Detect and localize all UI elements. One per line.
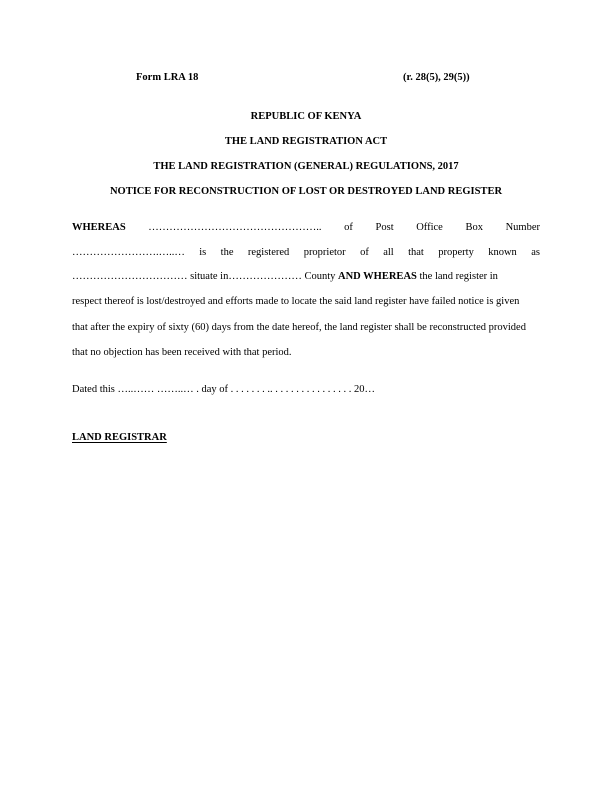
- word: property: [438, 247, 474, 258]
- body-line-6: that no objection has been received with…: [72, 347, 292, 358]
- word: that: [408, 247, 424, 258]
- word: registered: [248, 247, 289, 258]
- land-registrar-signature: LAND REGISTRAR: [72, 432, 167, 443]
- word: Office: [416, 222, 443, 233]
- heading-act: THE LAND REGISTRATION ACT: [0, 136, 612, 147]
- body-line-2: …………………….…..… is the registered propriet…: [72, 247, 540, 258]
- county-blank: …………………: [228, 271, 302, 282]
- word: of: [360, 247, 369, 258]
- body-line-4: respect thereof is lost/destroyed and ef…: [72, 296, 519, 307]
- body-line-5: that after the expiry of sixty (60) days…: [72, 322, 526, 333]
- heading-country: REPUBLIC OF KENYA: [0, 111, 612, 122]
- county-text: County: [302, 271, 338, 282]
- year-text: 20…: [351, 384, 375, 395]
- and-whereas-label: AND WHEREAS: [338, 271, 417, 282]
- month-blank: . . . . . . . .. . . . . . . . . . . . .…: [231, 384, 352, 395]
- word: Box: [465, 222, 483, 233]
- day-of-text: day of: [199, 384, 231, 395]
- word: proprietor: [304, 247, 346, 258]
- word: Post: [376, 222, 394, 233]
- heading-regulations: THE LAND REGISTRATION (GENERAL) REGULATI…: [0, 161, 612, 172]
- day-blank: …..…… ……..… .: [118, 384, 199, 395]
- proprietor-name-blank: …………………………………………..: [148, 222, 321, 233]
- tail-text: the land register in: [417, 271, 498, 282]
- word: known: [488, 247, 517, 258]
- body-line-3: …………………………… situate in………………… County AND…: [72, 271, 498, 282]
- box-number-blank: …………………….…..…: [72, 247, 185, 258]
- dated-prefix: Dated this: [72, 384, 118, 395]
- word: all: [383, 247, 394, 258]
- property-blank: ……………………………: [72, 271, 188, 282]
- word: Number: [506, 222, 540, 233]
- rule-reference: (r. 28(5), 29(5)): [403, 72, 470, 83]
- form-id: Form LRA 18: [136, 72, 198, 83]
- document-page: Form LRA 18 (r. 28(5), 29(5)) REPUBLIC O…: [0, 0, 612, 792]
- word: as: [531, 247, 540, 258]
- situate-text: situate in: [188, 271, 229, 282]
- whereas-label: WHEREAS: [72, 222, 126, 233]
- word: is: [199, 247, 206, 258]
- word: the: [221, 247, 234, 258]
- word: of: [344, 222, 353, 233]
- body-line-1: WHEREAS ………………………………………….. of Post Offic…: [72, 222, 540, 233]
- notice-title: NOTICE FOR RECONSTRUCTION OF LOST OR DES…: [0, 186, 612, 197]
- dated-line: Dated this …..…… ……..… . day of . . . . …: [72, 384, 375, 395]
